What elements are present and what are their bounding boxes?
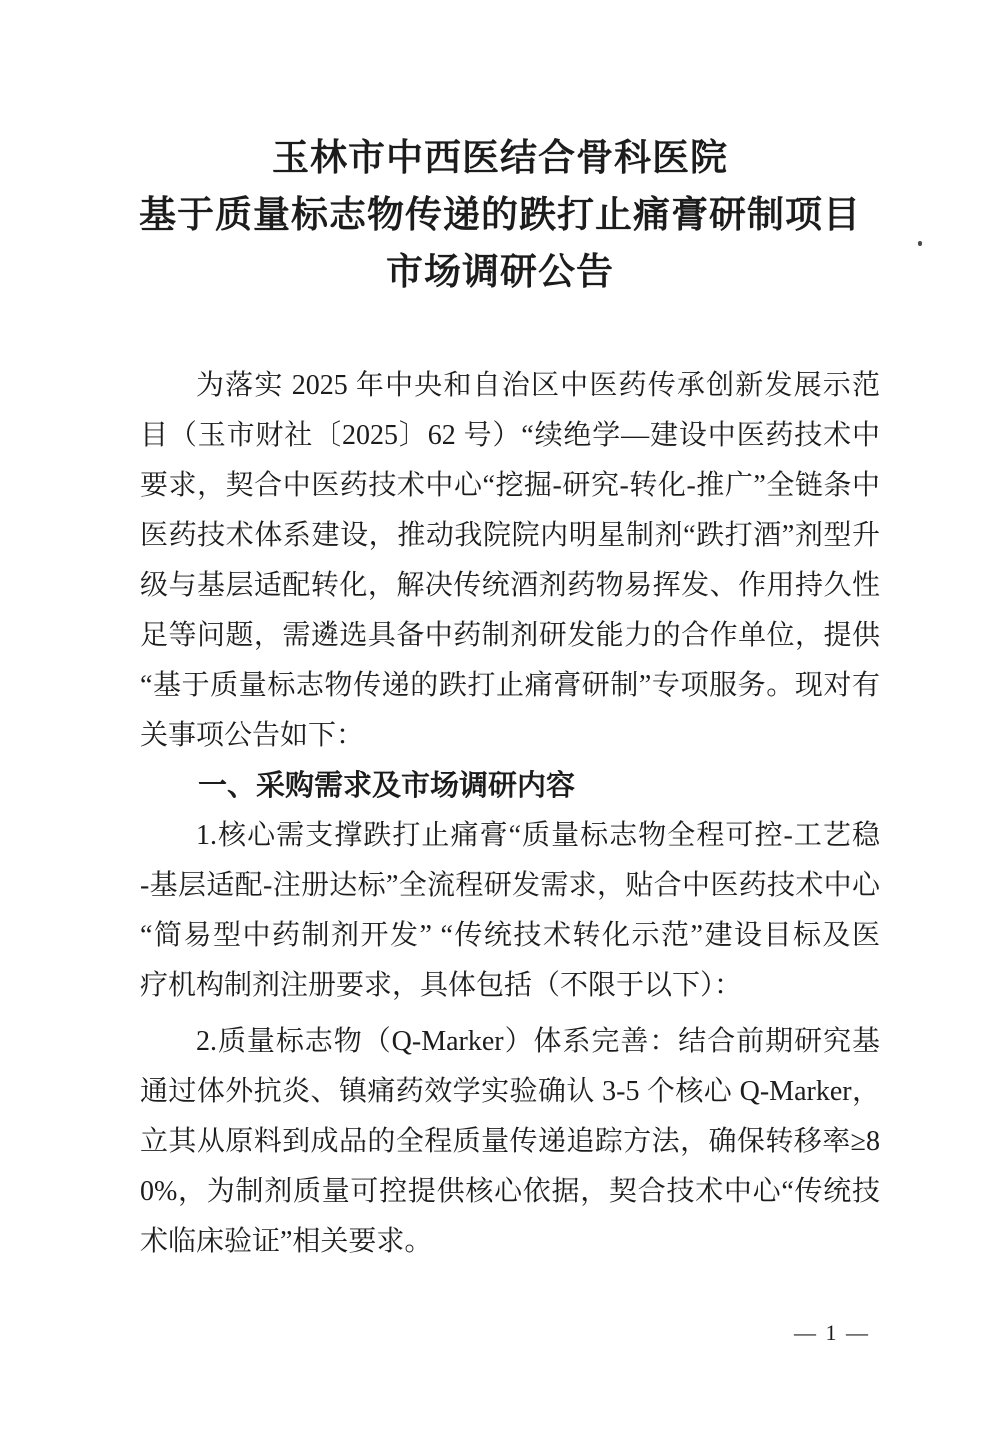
section-heading: 一、采购需求及市场调研内容 (140, 761, 880, 811)
title-line-project: 基于质量标志物传递的跌打止痛膏研制项目 (0, 187, 1000, 244)
body-line: 足等问题，需遴选具备中药制剂研发能力的合作单位，提供 (140, 611, 880, 661)
body-text: 为落实 2025 年中央和自治区中医药传承创新发展示范项 目（玉市财社〔2025… (140, 361, 880, 1267)
scan-artifact-dot (918, 241, 922, 246)
body-line: -基层适配-注册达标”全流程研发需求，贴合中医药技术中心 (140, 861, 880, 911)
body-line: 为落实 2025 年中央和自治区中医药传承创新发展示范项 (140, 361, 880, 411)
title-line-announcement: 市场调研公告 (0, 244, 1000, 301)
body-line: “简易型中药制剂开发” “传统技术转化示范”建设目标及医 (140, 911, 880, 961)
title-line-hospital: 玉林市中西医结合骨科医院 (0, 130, 1000, 187)
body-line: 术临床验证”相关要求。 (140, 1217, 880, 1267)
body-line: “基于质量标志物传递的跌打止痛膏研制”专项服务。现对有 (140, 661, 880, 711)
body-line: 0%，为制剂质量可控提供核心依据，契合技术中心“传统技 (140, 1167, 880, 1217)
body-line: 2.质量标志物（Q-Marker）体系完善：结合前期研究基础， (140, 1017, 880, 1067)
body-line: 目（玉市财社〔2025〕62 号）“续绝学—建设中医药技术中心” (140, 411, 880, 461)
body-line: 级与基层适配转化，解决传统酒剂药物易挥发、作用持久性不 (140, 561, 880, 611)
document-title: 玉林市中西医结合骨科医院 基于质量标志物传递的跌打止痛膏研制项目 市场调研公告 (0, 130, 1000, 301)
body-line: 立其从原料到成品的全程质量传递追踪方法，确保转移率≥8 (140, 1117, 880, 1167)
body-line: 通过体外抗炎、镇痛药效学实验确认 3-5 个核心 Q-Marker，建 (140, 1067, 880, 1117)
body-line: 要求，契合中医药技术中心“挖掘-研究-转化-推广”全链条中 (140, 461, 880, 511)
body-line: 医药技术体系建设，推动我院院内明星制剂“跌打酒”剂型升 (140, 511, 880, 561)
body-line: 1.核心需支撑跌打止痛膏“质量标志物全程可控-工艺稳定 (140, 811, 880, 861)
document-page: 玉林市中西医结合骨科医院 基于质量标志物传递的跌打止痛膏研制项目 市场调研公告 … (0, 0, 1000, 1437)
body-line: 关事项公告如下： (140, 711, 880, 761)
body-line: 疗机构制剂注册要求，具体包括（不限于以下）： (140, 961, 880, 1011)
page-number: — 1 — (794, 1320, 870, 1346)
